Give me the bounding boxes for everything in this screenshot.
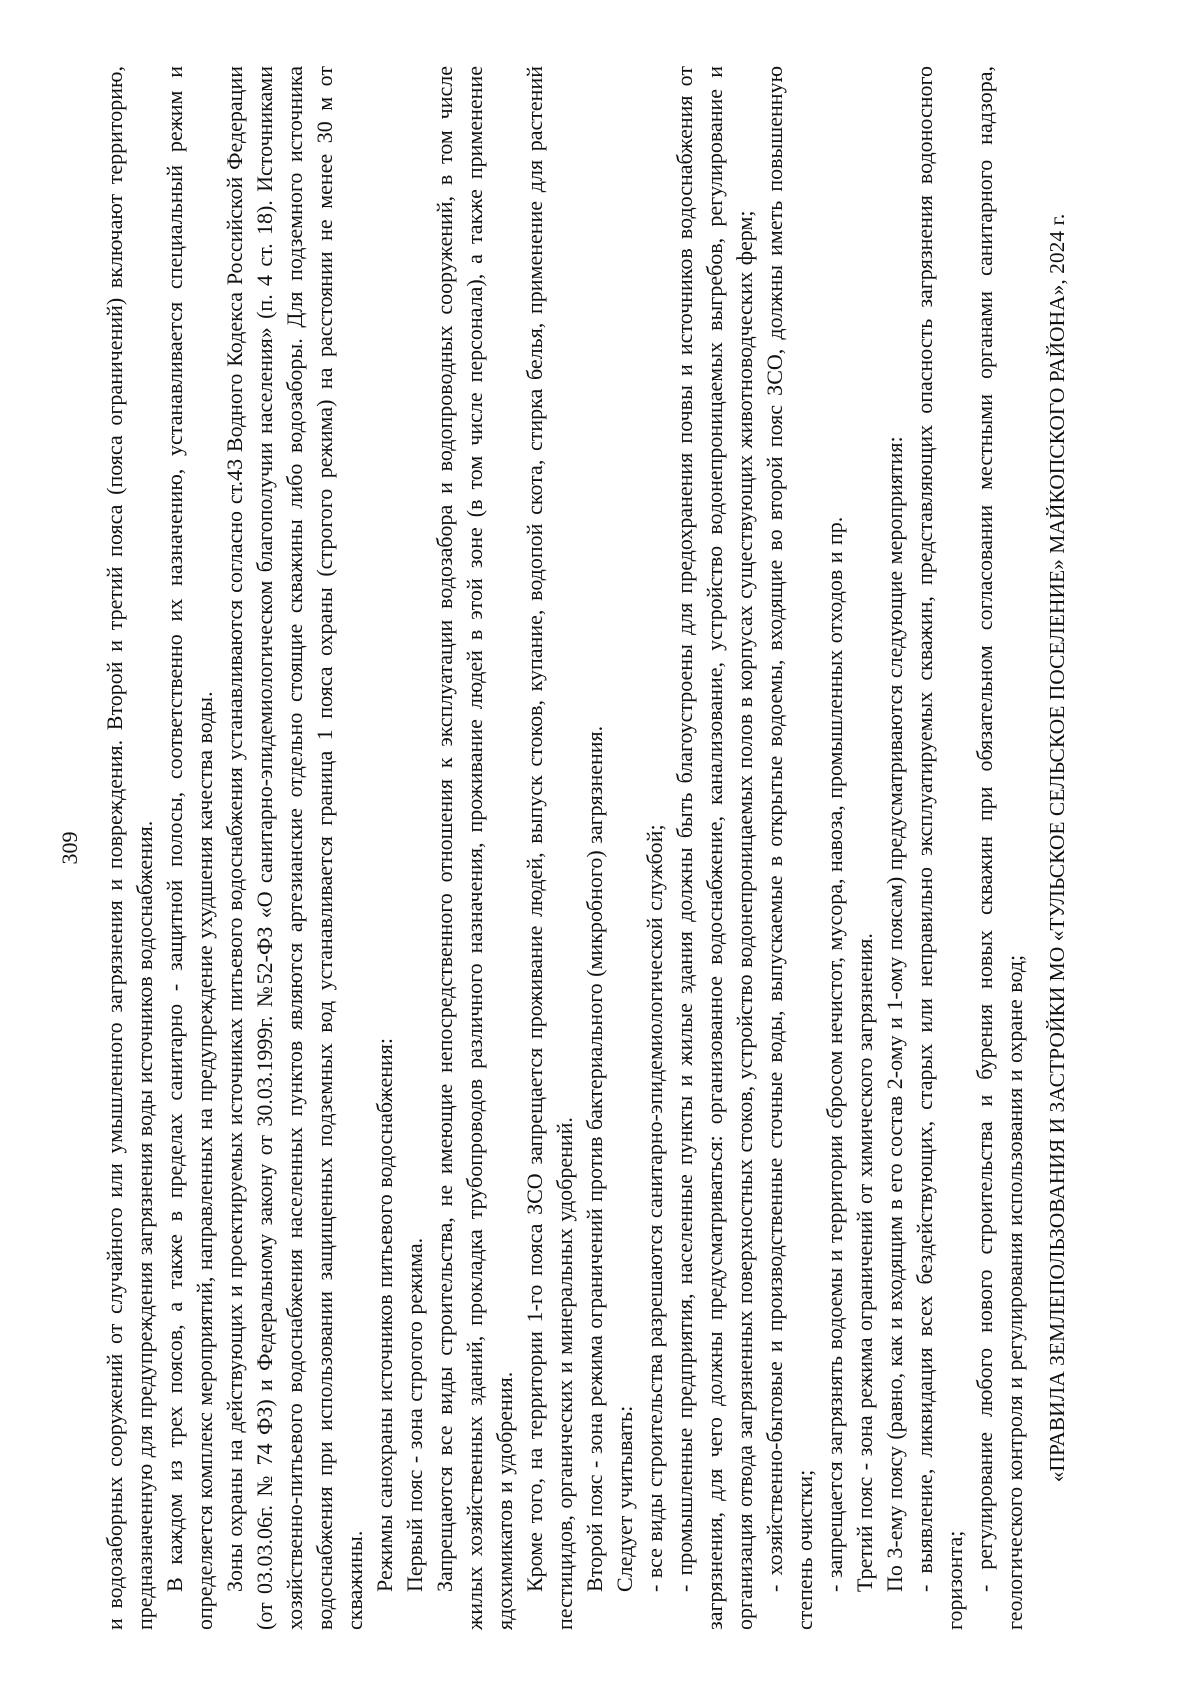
paragraph: - промышленные предприятия, населенные п… <box>670 66 760 1630</box>
paragraph: - все виды строительства разрешаются сан… <box>640 66 670 1630</box>
paragraph: Режимы санохраны источников питьевого во… <box>370 66 400 1630</box>
paragraph: Кроме того, на территории 1-го пояса ЗСО… <box>520 66 580 1630</box>
paragraph: Запрещаются все виды строительства, не и… <box>430 66 520 1630</box>
paragraph: - выявление, ликвидация всех бездействую… <box>910 66 970 1630</box>
paragraph: По 3-ему поясу (равно, как и входящим в … <box>880 66 910 1630</box>
paragraph: - запрещается загрязнять водоемы и терри… <box>820 66 850 1630</box>
paragraph: В каждом из трех поясов, а также в преде… <box>160 66 220 1630</box>
paragraph: и водозаборных сооружений от случайного … <box>100 66 160 1630</box>
paragraph: Следует учитывать: <box>610 66 640 1630</box>
rotated-sheet: 309 и водозаборных сооружений от случайн… <box>0 0 1200 1696</box>
paragraph: - регулирование любого нового строительс… <box>970 66 1030 1630</box>
paragraph: Зоны охраны на действующих и проектируем… <box>220 66 370 1630</box>
document-footer: «ПРАВИЛА ЗЕМЛЕПОЛЬЗОВАНИЯ И ЗАСТРОЙКИ МО… <box>1042 66 1072 1630</box>
body-text: и водозаборных сооружений от случайного … <box>100 66 1030 1630</box>
paragraph: Второй пояс - зона режима ограничений пр… <box>580 66 610 1630</box>
page-number: 309 <box>56 66 84 1630</box>
document-page: 309 и водозаборных сооружений от случайн… <box>0 0 1200 1696</box>
paragraph: - хозяйственно-бытовые и производственны… <box>760 66 820 1630</box>
paragraph: Первый пояс - зона строгого режима. <box>400 66 430 1630</box>
paragraph: Третий пояс - зона режима ограничений от… <box>850 66 880 1630</box>
